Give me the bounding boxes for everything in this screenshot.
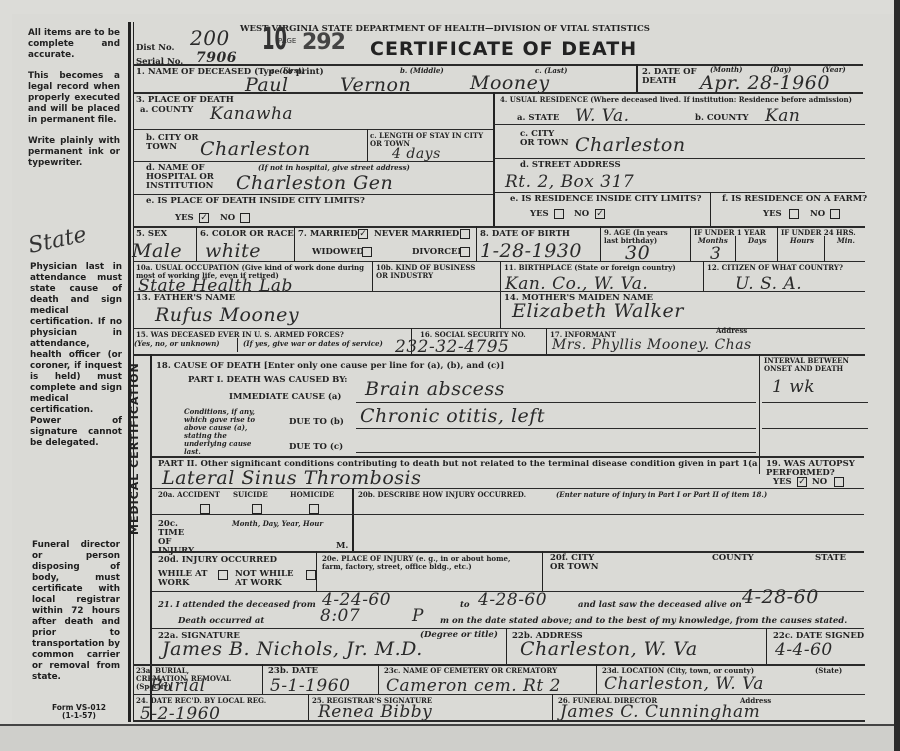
burial-date-label: 23b. DATE — [268, 667, 318, 676]
divider — [542, 551, 543, 591]
armed-forces-label: 15. WAS DECEASED EVER IN U. S. ARMED FOR… — [136, 331, 344, 339]
residence-label: 4. USUAL RESIDENCE (Where deceased lived… — [500, 96, 852, 104]
due-to-c-line — [356, 452, 756, 453]
suicide-label: SUICIDE — [233, 491, 268, 499]
divider — [133, 194, 493, 195]
never-married-checkbox[interactable] — [460, 229, 470, 239]
conditions-note: Conditions, if any, which gave rise to a… — [184, 408, 266, 456]
scan-bottom-margin — [0, 724, 900, 751]
date-signed-value: 4-4-60 — [775, 640, 833, 660]
burial-date-value: 5-1-1960 — [270, 676, 350, 696]
hospital-label: d. NAME OF HOSPITAL OR INSTITUTION — [146, 164, 221, 191]
divider — [493, 124, 865, 125]
divider — [133, 328, 865, 329]
days-label: Days — [748, 237, 767, 245]
divider — [133, 694, 865, 695]
res-county-label: b. COUNTY — [695, 114, 749, 123]
autopsy-yes-label: YES — [773, 478, 792, 487]
inside-limits-yes-checkbox[interactable]: ✓ — [199, 213, 209, 223]
physician-note: Physician last in attendance must state … — [30, 262, 122, 449]
divider — [735, 236, 736, 261]
res-state-label: a. STATE — [517, 114, 559, 123]
registrar-value: Renea Bibby — [318, 702, 432, 722]
autopsy-label: 19. WAS AUTOPSY PERFORMED? — [766, 460, 862, 478]
sex-label: 5. SEX — [136, 230, 167, 239]
date-of-death-label: 2. DATE OF DEATH — [642, 68, 697, 86]
divider — [506, 628, 507, 664]
divider — [262, 664, 263, 694]
hospital-note: (If not in hospital, give street address… — [258, 164, 410, 172]
burial-value: Burial — [150, 676, 206, 696]
inside-limits-no-label: NO — [220, 214, 235, 223]
form-date-text: (1-1-57) — [44, 712, 114, 720]
divider — [703, 261, 704, 291]
funeral-note: Funeral director or person disposing of … — [32, 540, 120, 683]
interval-label: INTERVAL BETWEEN ONSET AND DEATH — [764, 357, 859, 373]
funeral-director-value: James C. Cunningham — [560, 702, 760, 722]
signature-value: James B. Nichols, Jr. M.D. — [162, 638, 423, 660]
occurred-tail: m on the date stated above; and to the b… — [440, 617, 847, 626]
res-inside-no-label: NO — [574, 210, 589, 219]
widowed-label: WIDOWED — [312, 248, 364, 257]
hours-label: Hours — [790, 237, 814, 245]
divider — [824, 236, 825, 261]
divider — [546, 328, 547, 354]
page-label: PAGE — [278, 37, 296, 45]
due-to-b-label: DUE TO (b) — [289, 418, 344, 427]
cause-of-death-label: 18. CAUSE OF DEATH [Enter only one cause… — [156, 362, 504, 371]
degree-label: (Degree or title) — [420, 631, 498, 640]
divider — [316, 551, 317, 591]
race-value: white — [205, 240, 261, 262]
birthplace-label: 11. BIRTHPLACE (State or foreign country… — [504, 264, 676, 272]
occurred-label: Death occurred at — [178, 617, 264, 626]
scan-right-edge — [894, 0, 900, 751]
business-label: 10b. KIND OF BUSINESS OR INDUSTRY — [376, 264, 486, 280]
length-stay-value: 4 days — [392, 146, 441, 162]
race-label: 6. COLOR OR RACE — [200, 230, 294, 239]
divider — [493, 92, 495, 226]
res-farm-label: f. IS RESIDENCE ON A FARM? — [722, 195, 867, 204]
instructions-ink: Write plainly with permanent ink or type… — [28, 136, 120, 169]
injury-state-label: STATE — [815, 554, 846, 563]
divider — [294, 226, 295, 261]
county-value: Kanawha — [210, 104, 293, 124]
suicide-checkbox[interactable] — [252, 504, 262, 514]
divorced-checkbox[interactable] — [460, 247, 470, 257]
res-farm-no-label: NO — [810, 210, 825, 219]
occurred-ampm-value: P — [412, 606, 424, 626]
armed-sub1-label: (Yes, no, or unknown) — [134, 340, 220, 348]
divider — [762, 402, 868, 403]
father-label: 13. FATHER'S NAME — [136, 294, 235, 303]
immediate-cause-line — [356, 402, 756, 403]
time-injury-m: M. — [336, 542, 348, 551]
injury-work-label: 20d. INJURY OCCURRED — [158, 556, 278, 565]
armed-sub2-label: (If yes, give war or dates of service) — [243, 340, 383, 348]
divider — [133, 64, 863, 66]
last-saw-value: 4-28-60 — [742, 586, 819, 608]
res-street-value: Rt. 2, Box 317 — [505, 172, 634, 192]
attended-label: 21. I attended the deceased from — [158, 601, 316, 610]
res-county-value: Kan — [765, 106, 800, 126]
instructions-legal: This becomes a legal record when properl… — [28, 71, 120, 126]
informant-value: Mrs. Phyllis Mooney. Chas — [552, 337, 752, 353]
divider — [378, 664, 379, 694]
homicide-label: HOMICIDE — [290, 491, 334, 499]
divider — [493, 192, 865, 193]
part2-value: Lateral Sinus Thrombosis — [162, 467, 421, 489]
dist-no-label: Dist No. — [136, 44, 175, 53]
divider — [196, 226, 197, 261]
location-state-label: (State) — [815, 667, 842, 675]
dob-label: 8. DATE OF BIRTH — [480, 230, 570, 239]
never-married-label: NEVER MARRIED — [374, 230, 459, 239]
divider — [237, 338, 238, 352]
father-value: Rufus Mooney — [155, 304, 299, 326]
not-while-work-checkbox[interactable] — [306, 570, 316, 580]
divider — [152, 551, 864, 553]
due-to-c-label: DUE TO (c) — [289, 443, 343, 452]
divider — [367, 129, 368, 161]
divider — [152, 488, 864, 489]
divider — [596, 664, 597, 694]
res-inside-label: e. IS RESIDENCE INSIDE CITY LIMITS? — [510, 195, 701, 204]
res-street-label: d. STREET ADDRESS — [520, 161, 621, 170]
autopsy-no-checkbox[interactable] — [834, 477, 844, 487]
divider — [710, 192, 711, 226]
divider — [152, 456, 864, 458]
divider — [133, 291, 865, 292]
res-inside-no-checkbox[interactable]: ✓ — [595, 209, 605, 219]
divider — [762, 428, 868, 429]
while-at-work-checkbox[interactable] — [218, 570, 228, 580]
divider — [600, 226, 601, 261]
divider — [500, 261, 501, 329]
immediate-cause-value: Brain abscess — [365, 378, 505, 400]
autopsy-yes-checkbox[interactable]: ✓ — [797, 477, 807, 487]
interval-value: 1 wk — [772, 377, 815, 397]
divider — [476, 226, 477, 261]
divider — [777, 226, 778, 261]
due-to-b-line — [356, 428, 756, 429]
res-inside-yes-checkbox[interactable] — [554, 209, 564, 219]
married-checkbox[interactable]: ✓ — [358, 229, 368, 239]
inside-limits-no-checkbox[interactable] — [240, 213, 250, 223]
res-inside-yes-label: YES — [530, 210, 549, 219]
attended-to-label: to — [460, 601, 470, 610]
divider — [493, 158, 865, 159]
occurred-time-value: 8:07 — [320, 606, 360, 626]
last-name-value: Mooney — [470, 72, 550, 94]
not-while-work-label: NOT WHILE AT WORK — [235, 570, 305, 588]
scanned-page: All items are to be complete and accurat… — [0, 0, 900, 751]
date-of-death-value: Apr. 28-1960 — [700, 72, 830, 94]
divider — [133, 354, 865, 356]
divider — [308, 694, 309, 722]
hospital-value: Charleston Gen — [236, 172, 393, 194]
sex-value: Male — [132, 240, 182, 262]
immediate-cause-label: IMMEDIATE CAUSE (a) — [229, 393, 341, 402]
injury-county-label: COUNTY — [712, 554, 754, 563]
page-number: 292 — [302, 30, 345, 55]
sidebar-instructions: All items are to be complete and accurat… — [28, 28, 120, 179]
divider — [133, 92, 863, 94]
divider — [690, 226, 691, 261]
married-label: 7. MARRIED — [298, 230, 358, 239]
divider — [766, 628, 767, 664]
while-at-work-label: WHILE AT WORK — [158, 570, 213, 588]
res-farm-yes-checkbox[interactable] — [789, 209, 799, 219]
divider — [152, 628, 864, 629]
divider — [552, 694, 553, 722]
divorced-label: DIVORCED — [412, 248, 465, 257]
place-injury-label: 20e. PLACE OF INJURY (e. g., in or about… — [322, 555, 522, 571]
time-injury-cols: Month, Day, Year, Hour — [232, 520, 323, 528]
min-label: Min. — [837, 237, 855, 245]
sig-address-value: Charleston, W. Va — [520, 638, 698, 660]
city-label: b. CITY OR TOWN — [146, 134, 206, 152]
due-to-b-value: Chronic otitis, left — [360, 405, 545, 427]
divider — [133, 129, 493, 130]
divider — [133, 261, 865, 262]
last-saw-label: and last saw the deceased alive on — [578, 601, 742, 610]
injury-city-label: 20f. CITY OR TOWN — [550, 554, 605, 572]
res-farm-yes-label: YES — [763, 210, 782, 219]
divider — [133, 161, 493, 162]
res-state-value: W. Va. — [575, 106, 630, 126]
res-farm-no-checkbox[interactable] — [830, 209, 840, 219]
accident-checkbox[interactable] — [200, 504, 210, 514]
injury-how-note: (Enter nature of injury in Part I or Par… — [556, 491, 767, 499]
res-city-label: c. CITY OR TOWN — [520, 130, 570, 148]
injury-how-label: 20b. DESCRIBE HOW INJURY OCCURRED. — [358, 491, 526, 499]
divider — [152, 514, 864, 515]
location-value: Charleston, W. Va — [604, 674, 764, 694]
form-number: Form VS-012 (1-1-57) — [44, 704, 114, 720]
cemetery-value: Cameron cem. Rt 2 — [386, 676, 561, 696]
divider — [352, 488, 354, 551]
dob-value: 1-28-1930 — [480, 240, 582, 262]
certificate-title: CERTIFICATE OF DEATH — [370, 38, 637, 60]
divider — [133, 720, 865, 722]
city-value: Charleston — [200, 138, 311, 160]
mother-value: Elizabeth Walker — [512, 300, 684, 322]
part1-label: PART I. DEATH WAS CAUSED BY: — [188, 376, 347, 385]
res-city-value: Charleston — [575, 134, 686, 156]
medical-certification-label: MEDICAL CERTIFICATION — [128, 362, 141, 535]
accident-label: 20a. ACCIDENT — [158, 491, 220, 499]
divider — [372, 261, 373, 291]
county-label: a. COUNTY — [140, 106, 193, 115]
cemetery-label: 23c. NAME OF CEMETERY OR CREMATORY — [384, 667, 557, 675]
instructions-complete: All items are to be complete and accurat… — [28, 28, 120, 61]
informant-address-label: Address — [716, 327, 747, 335]
homicide-checkbox[interactable] — [309, 504, 319, 514]
attended-to-value: 4-28-60 — [478, 590, 547, 610]
dist-no-value: 200 — [190, 26, 230, 50]
citizen-label: 12. CITIZEN OF WHAT COUNTRY? — [707, 264, 843, 272]
inside-limits-label: e. IS PLACE OF DEATH INSIDE CITY LIMITS? — [146, 197, 365, 206]
divider — [636, 64, 638, 92]
inside-limits-yes-label: YES — [175, 214, 194, 223]
widowed-checkbox[interactable] — [362, 247, 372, 257]
autopsy-no-label: NO — [812, 478, 827, 487]
